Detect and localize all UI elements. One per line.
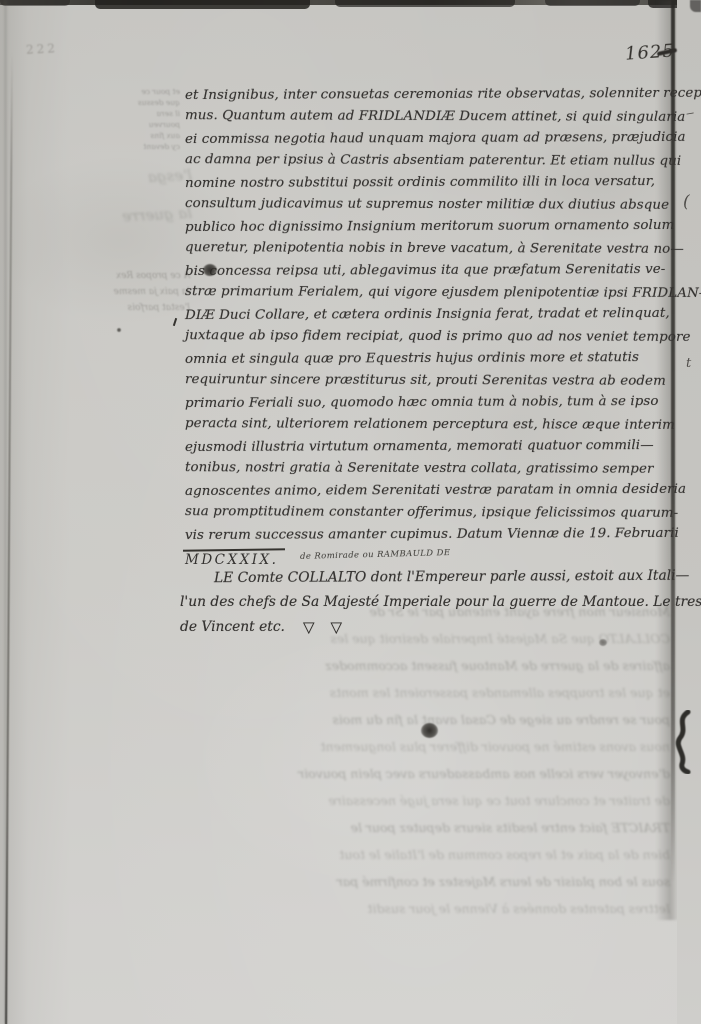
bleedthrough-line: bien de la paix et le repos commun de l'…: [158, 841, 670, 868]
bleedthrough-line: d'envoyer vers icelle nos ambassadeurs a…: [158, 760, 670, 787]
bleedthrough-line: aux fins: [106, 130, 180, 141]
bleedthrough-margin-block: et pour ce que dessus il sera pourveu au…: [106, 86, 180, 152]
text-line: requiruntur sincere præstiturus sit, pro…: [185, 369, 673, 393]
bleedthrough-line: l'esga: [111, 156, 193, 198]
text-line: juxtaque ab ipso fidem recipiat, quod is…: [185, 325, 673, 349]
top-right-corner-shadow: [690, 0, 701, 12]
bleedthrough-line: nous avons estimé ne pouvoir differer pl…: [158, 733, 670, 760]
bleedthrough-line: A ce propos Rex: [100, 268, 190, 284]
ink-blot: [421, 723, 438, 738]
text-line: DIÆ Duci Collare, et cætera ordinis Insi…: [185, 303, 673, 327]
bleedthrough-line: pourveu: [106, 119, 180, 130]
adjacent-page-ink-mark: t: [686, 356, 691, 371]
bleedthrough-line: affaires de la guerre de Mantoue fussent…: [144, 652, 670, 679]
bleedthrough-line: de traiter et conclure tout ce qui sera …: [170, 787, 670, 814]
text-line: ac damna per ipsius à Castris absentiam …: [185, 149, 673, 173]
text-line: nomine nostro substitui possit ordinis c…: [185, 171, 673, 195]
margin-ink-dot: [117, 328, 121, 332]
bleedthrough-line: la guerre: [111, 194, 193, 236]
end-triangle-marks: ▽▽: [303, 615, 358, 640]
text-line: consultum judicavimus ut supremus noster…: [185, 193, 673, 217]
bleedthrough-line: la paix ja mesme: [100, 284, 190, 300]
latin-text-block: et Insignibus, inter consuetas ceremonia…: [185, 84, 673, 546]
bleedthrough-line: TRAICTE faict entre lesdits sieurs deput…: [158, 814, 670, 841]
adjacent-page-ink-mark: (: [683, 192, 690, 212]
text-line: mus. Quantum autem ad FRIDLANDIÆ Ducem a…: [185, 105, 673, 129]
french-note-line: LE Comte COLLALTO dont l'Empereur parle …: [214, 564, 675, 591]
text-line: agnoscentes animo, eidem Serenitati vest…: [185, 479, 673, 503]
bleedthrough-line: l'estat parfois: [100, 300, 190, 316]
faint-page-number: 222: [26, 41, 59, 57]
text-line: publico hoc dignissimo Insignium meritor…: [185, 215, 673, 239]
bleedthrough-line: et que les trouppes allemandes passeroie…: [158, 679, 670, 706]
ink-blot: [203, 264, 217, 276]
french-note-block: LE Comte COLLALTO dont l'Empereur parle …: [180, 565, 675, 640]
text-line: ejusmodi illustria virtutum ornamenta, m…: [185, 435, 673, 459]
text-line: stræ primarium Ferialem, qui vigore ejus…: [185, 281, 673, 305]
bleedthrough-line: il sera: [106, 108, 180, 119]
text-line: peracta sint, ulteriorem relationem perc…: [185, 413, 673, 437]
bleedthrough-line: lettres patentes données à Vienne le jou…: [158, 895, 670, 922]
french-note-line: l'un des chefs de Sa Majesté Imperiale p…: [180, 590, 675, 615]
bleedthrough-text: Monsieur mon frere ayant entendu par le …: [158, 598, 670, 922]
text-line: queretur, plenipotentia nobis in breve v…: [185, 237, 673, 261]
text-line: sua promptitudinem constanter offerimus,…: [185, 501, 673, 525]
page-top-edge-shadow: [95, 0, 310, 9]
french-note-text: de Vincent etc.: [180, 615, 285, 640]
page-top-edge-shadow: [545, 0, 640, 6]
margin-tick-mark: [173, 318, 177, 326]
text-line: tonibus, nostri gratia à Serenitate vest…: [185, 457, 673, 481]
bleedthrough-line: cy devant: [106, 141, 180, 152]
text-line: et Insignibus, inter consuetas ceremonia…: [185, 83, 673, 107]
french-note-line: de Vincent etc. ▽▽: [180, 615, 675, 640]
text-line: primario Feriali suo, quomodo hæc omnia …: [185, 391, 673, 415]
text-line: vis rerum successus amanter cupimus. Dat…: [185, 523, 673, 547]
bleedthrough-line: et pour ce: [106, 86, 180, 97]
bleedthrough-margin-script: l'esga la guerre: [112, 158, 192, 234]
manuscript-scan: ‒ ( t 222 1625 et pour ce que dessus il …: [0, 0, 701, 1024]
page-top-edge-shadow: [0, 0, 70, 6]
text-line: ei commissa negotia haud unquam majora q…: [185, 127, 673, 151]
text-line: omnia et singula quæ pro Equestris hujus…: [185, 347, 673, 371]
ink-blot: [599, 639, 607, 646]
page-top-edge-shadow: [335, 0, 515, 7]
bleedthrough-line: sous le bon plaisir de leurs Majestez et…: [158, 868, 670, 895]
bleedthrough-margin-notes: A ce propos Rex la paix ja mesme l'estat…: [100, 268, 190, 316]
gutter-ink-blob: [672, 710, 694, 778]
interlinear-annotation: de Romirade ou RAMBAULD DE: [300, 548, 451, 562]
bleedthrough-line: que dessus: [106, 97, 180, 108]
text-line: bis concessa reipsa uti, ablegavimus ita…: [185, 259, 673, 283]
